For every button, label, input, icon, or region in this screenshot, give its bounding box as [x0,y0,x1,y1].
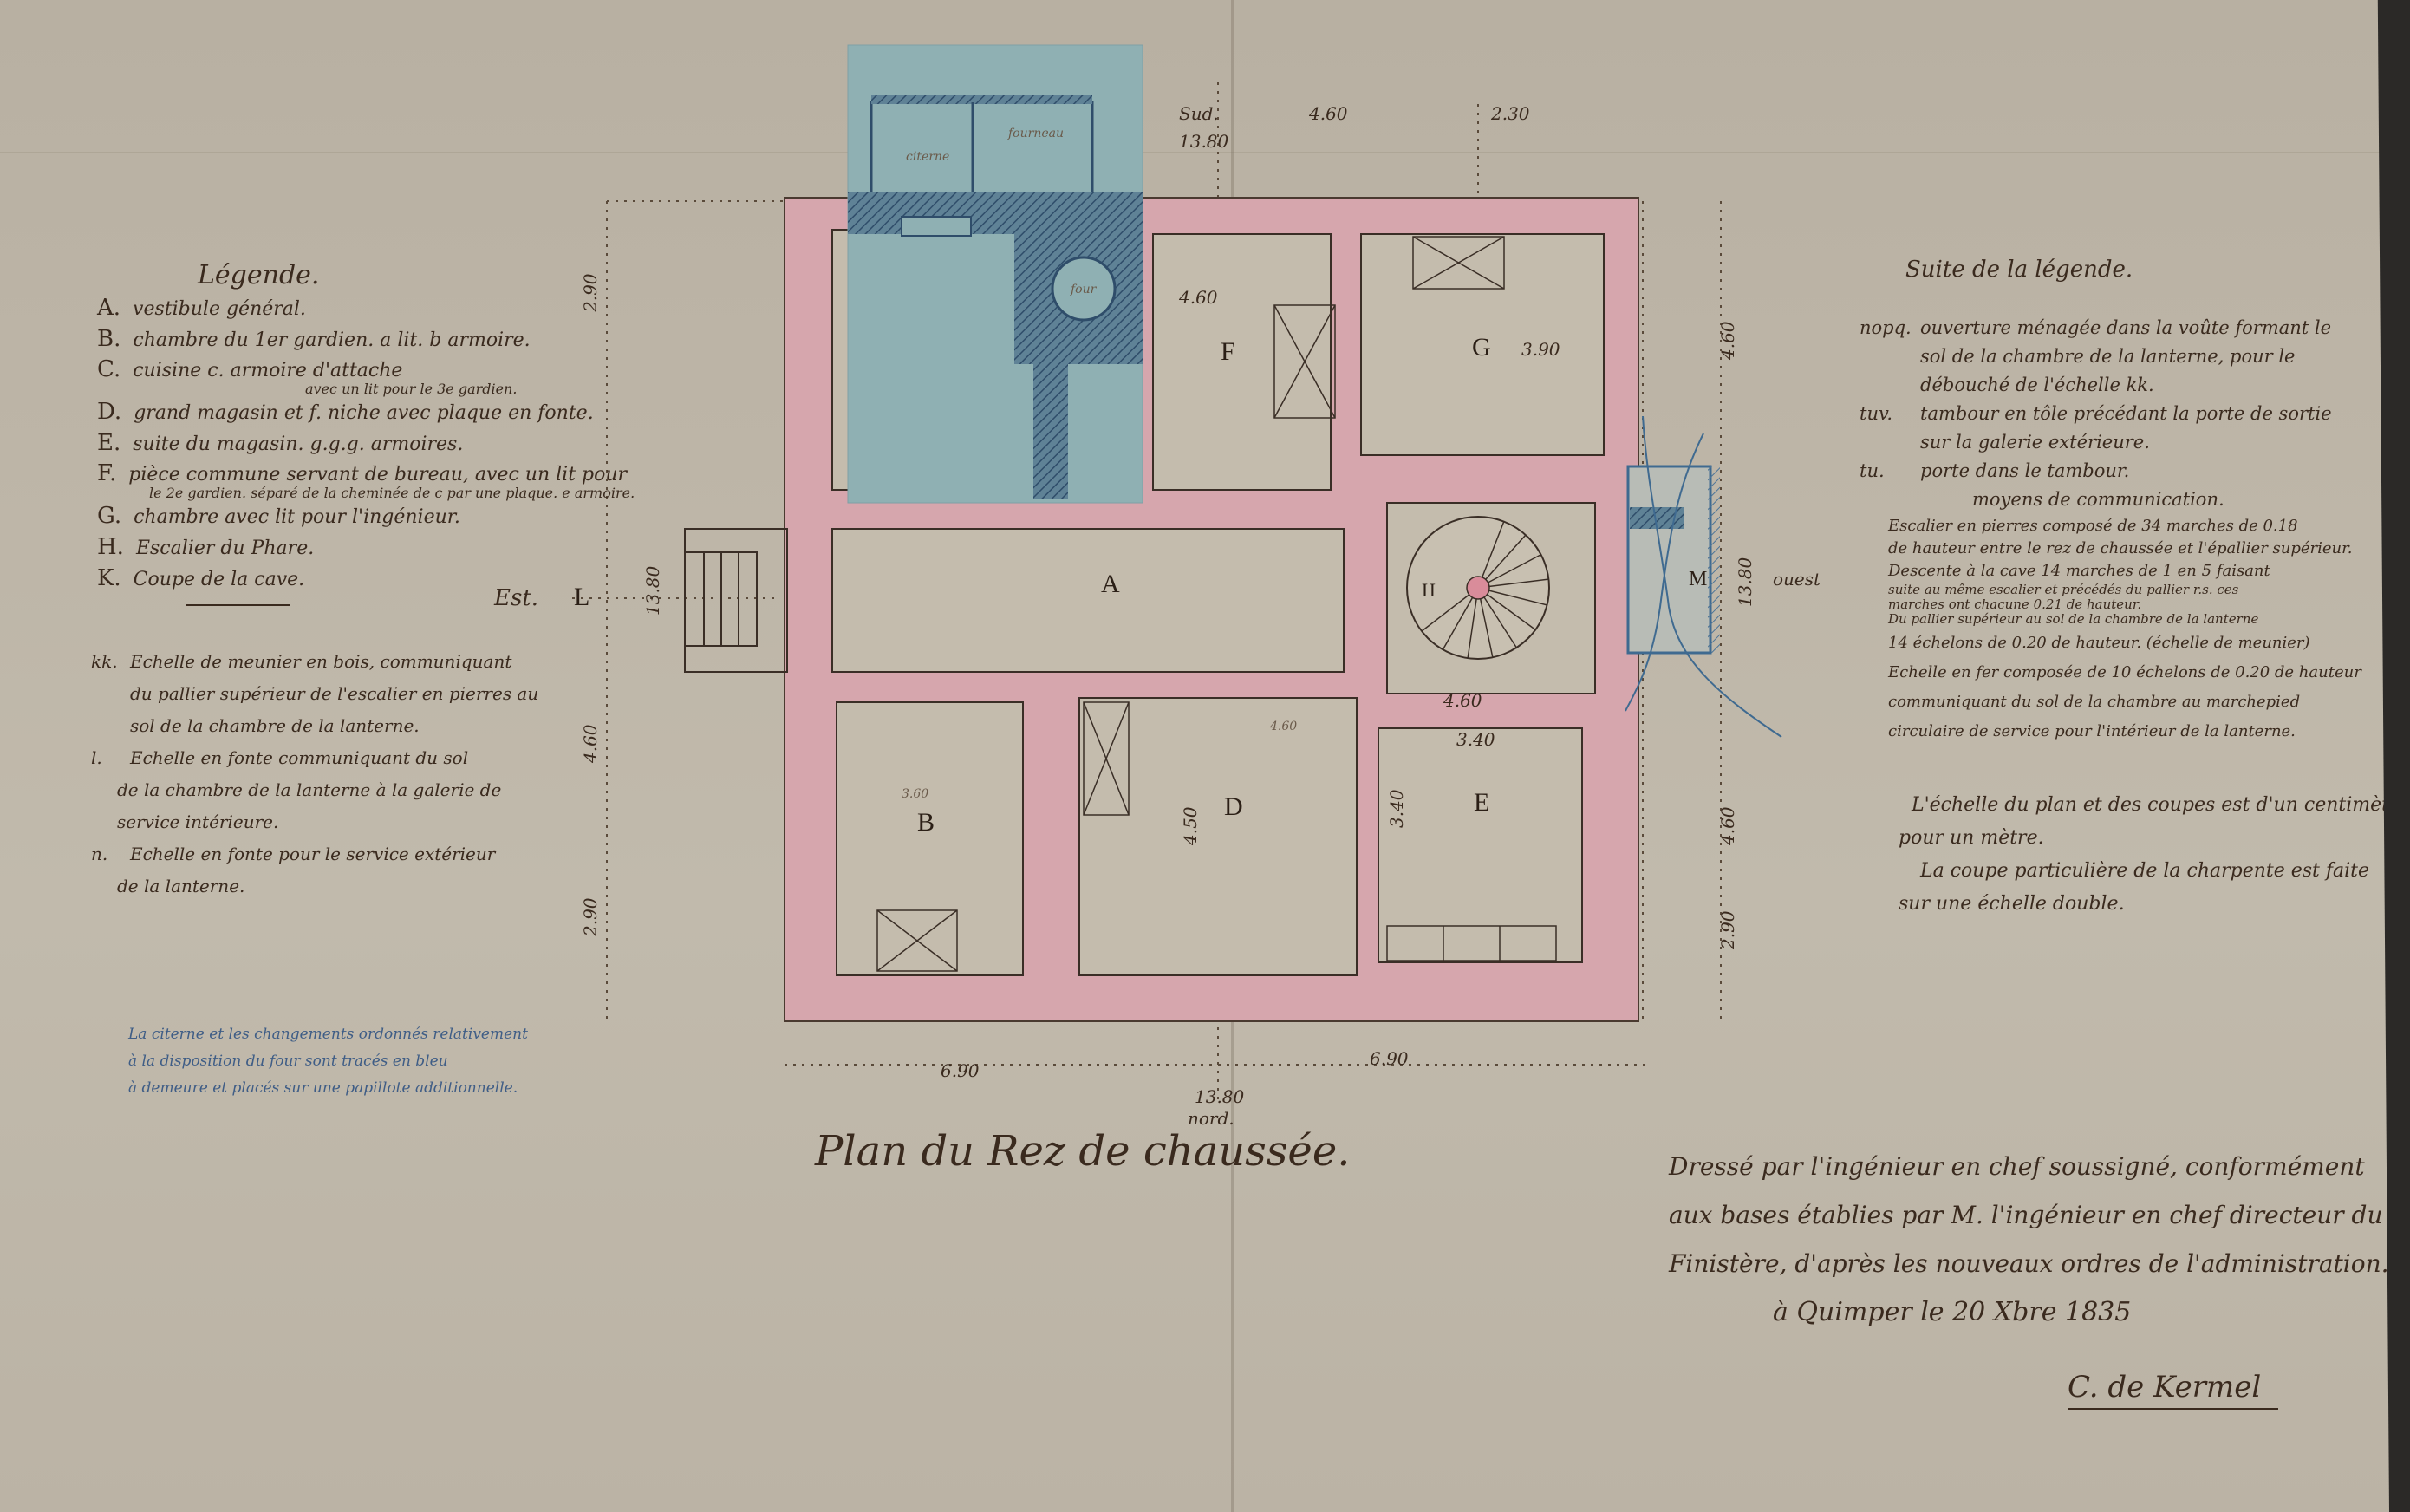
legend-item-F: F.pièce commune servant de bureau, avec … [97,463,635,501]
label-room-D: D [1224,792,1243,821]
blue-note-line3: à demeure et placés sur une papillote ad… [128,1075,528,1102]
legend-divider [186,604,290,606]
signature-block: Dressé par l'ingénieur en chef soussigné… [1669,1143,2389,1337]
blue-overlay-papillote [848,45,1143,503]
label-oven: four [1070,283,1098,297]
means-line: de hauteur entre le rez de chaussée et l… [1888,538,2361,560]
scale-notes: L'échelle du plan et des coupes est d'un… [1899,789,2410,921]
legend-item-nopq: nopq.ouverture ménagée dans la voûte for… [1860,314,2332,342]
dim-room-E: 3.40 [1386,789,1407,828]
means-line: marches ont chacune 0.21 de hauteur. [1888,597,2361,612]
legend-continued-list: nopq.ouverture ménagée dans la voûte for… [1860,314,2332,514]
dim-right-mid: 4.60 [1717,806,1738,846]
signature-name: C. de Kermel [2068,1370,2278,1410]
legend-item-B: B.chambre du 1er gardien. a lit. b armoi… [97,324,635,355]
label-room-M: M [1689,568,1707,590]
dim-bottom-left: 6.90 [941,1060,980,1081]
legend-item-H: H.Escalier du Phare. [97,532,635,564]
means-title: moyens de communication. [1860,486,2332,514]
legend-item-A: A.vestibule général. [97,293,635,324]
label-room-F: F [1221,337,1235,366]
scale-note-line: La coupe particulière de la charpente es… [1899,855,2410,888]
scale-note-line: sur une échelle double. [1899,888,2410,921]
label-fourneau: fourneau [1007,127,1064,140]
label-west: ouest [1773,569,1821,590]
blue-note: La citerne et les changements ordonnés r… [128,1021,528,1102]
dim-bottom-right: 6.90 [1370,1048,1409,1069]
label-south: Sud. [1179,103,1219,124]
dim-right-total: 13.80 [1735,557,1755,607]
note-n-line2: de la lanterne. [91,870,538,903]
dim-room-E-width: 3.40 [1456,729,1495,750]
legend-item-tuv: tuv.tambour en tôle précédant la porte d… [1860,400,2332,428]
room-D [1079,698,1357,975]
room-B [837,702,1023,975]
blue-note-line1: La citerne et les changements ordonnés r… [128,1021,528,1048]
note-kk-line2: du pallier supérieur de l'escalier en pi… [91,678,538,710]
means-line: Echelle en fer composée de 10 échelons d… [1888,661,2361,684]
label-room-E: E [1474,788,1489,817]
label-cistern: citerne [906,150,949,164]
note-kk-line3: sol de la chambre de la lanterne. [91,710,538,742]
legend-item-E: E.suite du magasin. g.g.g. armoires. [97,428,635,459]
signature-line: Dressé par l'ingénieur en chef soussigné… [1669,1143,2389,1191]
plan-title: Plan du Rez de chaussée. [815,1127,1350,1176]
means-line: suite au même escalier et précédés du pa… [1888,583,2361,597]
label-north: nord. [1188,1108,1234,1129]
dim-top-total: 13.80 [1179,131,1229,152]
room-E [1378,728,1582,962]
means-line: Descente à la cave 14 marches de 1 en 5 … [1888,560,2361,583]
legend-item-K: K.Coupe de la cave. [97,564,635,595]
room-A [832,529,1344,672]
dim-left-mid: 4.60 [580,724,601,764]
label-room-A: A [1101,570,1120,598]
dim-top-left: 4.60 [1308,103,1348,124]
scale-note-line: pour un mètre. [1899,822,2410,855]
legend-title: Légende. [198,260,319,290]
signature-line: Finistère, d'après les nouveaux ordres d… [1669,1240,2389,1288]
legend-list: A.vestibule général. B.chambre du 1er ga… [97,293,635,595]
blue-note-line2: à la disposition du four sont tracés en … [128,1048,528,1075]
legend-item-C: C.cuisine c. armoire d'attacheavec un li… [97,359,635,397]
label-room-B: B [917,808,935,837]
legend-item-G: G.chambre avec lit pour l'ingénieur. [97,501,635,532]
document-sheet: A B D E F G H L M citerne fourneau four … [0,0,2410,1512]
dim-room-B: 3.60 [902,787,928,801]
note-kk: kk.Echelle de meunier en bois, communiqu… [91,646,538,678]
entrance-steps [685,529,787,672]
note-l: l.Echelle en fonte communiquant du sol [91,742,538,774]
note-l-line3: service intérieure. [91,806,538,838]
means-of-communication: Escalier en pierres composé de 34 marche… [1888,515,2361,743]
means-line: communiquant du sol de la chambre au mar… [1888,691,2361,714]
legend-item-D: D.grand magasin et f. niche avec plaque … [97,397,635,428]
dim-bottom-total: 13.80 [1195,1086,1245,1107]
dim-room-D: 4.50 [1180,806,1201,846]
means-line: Escalier en pierres composé de 34 marche… [1888,515,2361,538]
dim-room-F: 4.60 [1178,287,1218,308]
dim-left-total: 13.80 [642,565,663,616]
note-l-line2: de la chambre de la lanterne à la galeri… [91,774,538,806]
dim-left-bottom: 2.90 [580,897,601,937]
legend-item-tu: tu.porte dans le tambour. [1860,457,2332,486]
legend-tuv-line2: sur la galerie extérieure. [1860,428,2332,457]
means-line: circulaire de service pour l'intérieur d… [1888,720,2361,743]
legend-continued-title: Suite de la légende. [1905,257,2133,283]
dim-hall: 4.60 [1269,720,1297,733]
dim-center: 4.60 [1443,690,1482,711]
legend-notes: kk.Echelle de meunier en bois, communiqu… [91,646,538,903]
means-line: Du pallier supérieur au sol de la chambr… [1888,612,2361,627]
dim-right-bottom: 2.90 [1717,910,1738,950]
note-n: n.Echelle en fonte pour le service extér… [91,838,538,870]
means-line: 14 échelons de 0.20 de hauteur. (échelle… [1888,632,2361,655]
legend-nopq-line2: sol de la chambre de la lanterne, pour l… [1860,342,2332,371]
label-room-G: G [1472,333,1491,362]
dim-top-right: 2.30 [1490,103,1530,124]
dim-right-top: 4.60 [1717,321,1738,361]
place-date: à Quimper le 20 Xbre 1835 [1669,1288,2389,1337]
legend-nopq-line3: débouché de l'échelle kk. [1860,371,2332,400]
dim-room-G: 3.90 [1521,339,1560,360]
label-room-H: H [1422,579,1436,601]
scale-note-line: L'échelle du plan et des coupes est d'un… [1899,789,2410,822]
signature-line: aux bases établies par M. l'ingénieur en… [1669,1191,2389,1240]
